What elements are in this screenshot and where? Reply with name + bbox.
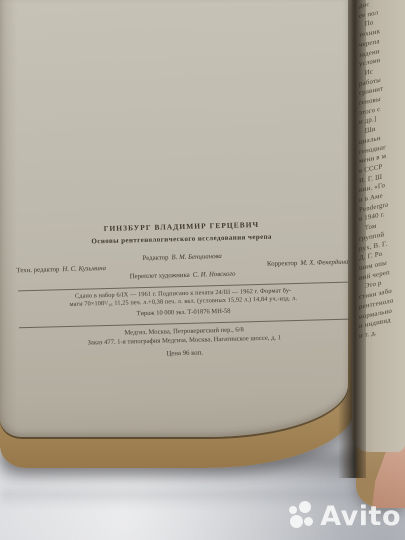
- credit-cover-artist-name: С. И. Новского: [193, 271, 236, 279]
- avito-watermark-text: Avito: [320, 503, 401, 530]
- avito-dot-medium: [299, 501, 311, 513]
- avito-dot-small-2: [304, 517, 313, 526]
- credit-editor-name: В. М. Бенцианова: [171, 253, 221, 261]
- left-page: ГИНЗБУРГ ВЛАДИМИР ГЕРЦЕВИЧ Основы рентге…: [0, 0, 348, 437]
- credit-tech-editor-label: Техн. редактор: [16, 266, 59, 274]
- credit-tech-editor-name: Н. С. Кузьмина: [62, 265, 106, 273]
- credit-corrector-name: М. Х. Фекердина: [300, 259, 348, 267]
- credit-cover-artist-label: Переплет художника: [130, 272, 190, 281]
- credit-editor-label: Редактор: [142, 254, 168, 262]
- credit-corrector-label: Корректор: [267, 260, 297, 268]
- avito-watermark: Avito: [289, 501, 401, 531]
- colophon-block: ГИНЗБУРГ ВЛАДИМИР ГЕРЦЕВИЧ Основы рентге…: [14, 218, 351, 362]
- photo-scene: досее пол Потехникчерепазадениусловн Иср…: [0, 0, 405, 540]
- avito-logo-icon: [289, 501, 316, 531]
- avito-dot-large: [290, 515, 303, 528]
- avito-dot-small: [289, 506, 297, 514]
